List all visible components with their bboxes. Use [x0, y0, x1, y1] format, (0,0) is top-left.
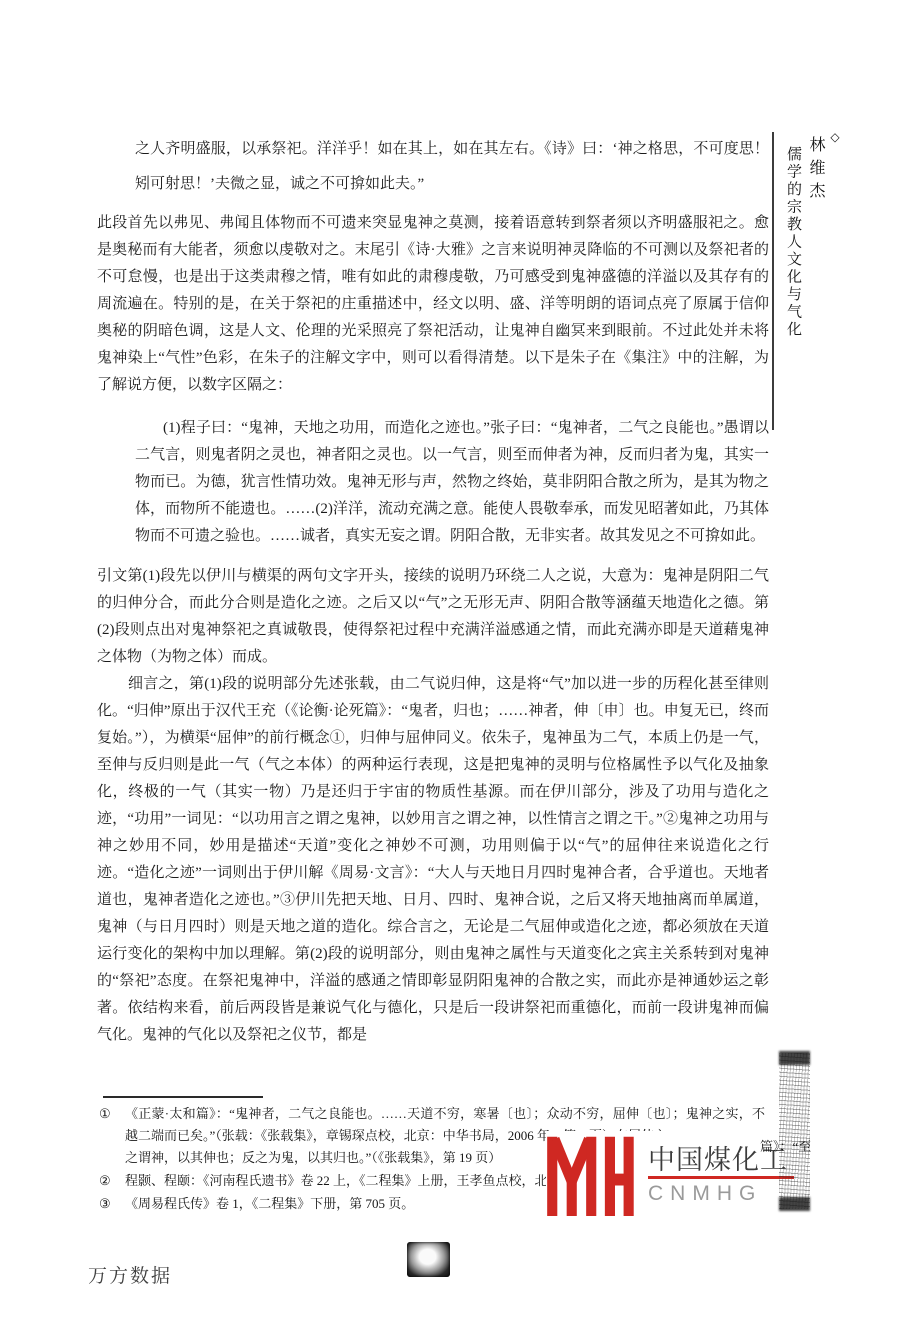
scan-noise-strip — [779, 1053, 810, 1209]
watermark-underline — [648, 1176, 794, 1179]
footnote-fragment: 篇》：“至 — [760, 1136, 811, 1155]
diamond-icon: ◇ — [827, 130, 842, 339]
footnote-marker: ② — [99, 1170, 125, 1192]
classical-quote-block: 之人齐明盛服，以承祭祀。洋洋乎！如在其上，如在其左右。《诗》曰：‘神之格思，不可… — [135, 132, 769, 202]
mh-monogram-icon — [546, 1134, 638, 1216]
zhuzi-annotation-quote: (1)程子曰：“鬼神，天地之功用，而造化之迹也。”张子曰：“鬼神者，二气之良能也… — [135, 415, 769, 550]
sidebar-article-title: 儒学的宗教人文化与气化 — [783, 146, 804, 339]
analysis-paragraph-1: 引文第(1)段先以伊川与横渠的两句文字开头，接续的说明乃环绕二人之说，大意为：鬼… — [97, 563, 769, 671]
wanfang-data-watermark: 万方数据 — [88, 1261, 172, 1288]
sidebar-author: 林维杰 — [804, 136, 827, 339]
main-text-column: 之人齐明盛服，以承祭祀。洋洋乎！如在其上，如在其左右。《诗》曰：‘神之格思，不可… — [97, 132, 769, 1049]
sidebar-text: ◇ 林维杰 儒学的宗教人文化与气化 — [783, 130, 842, 339]
page-number-smudge — [407, 1242, 450, 1277]
watermark-en-text: CNMHG — [648, 1183, 794, 1205]
footnote-marker: ③ — [99, 1193, 125, 1215]
sidebar-rule — [772, 132, 774, 430]
footnote-divider — [103, 1096, 263, 1098]
footnote-marker: ① — [99, 1103, 125, 1169]
analysis-paragraph-2: 细言之，第(1)段的说明部分先述张载，由二气说归伸，这是将“气”加以进一步的历程… — [97, 671, 769, 1049]
sidebar: ◇ 林维杰 儒学的宗教人文化与气化 — [772, 130, 812, 435]
commentary-paragraph: 此段首先以弗见、弗闻且体物而不可遗来突显鬼神之莫测，接着语意转到祭者须以齐明盛服… — [97, 210, 769, 399]
